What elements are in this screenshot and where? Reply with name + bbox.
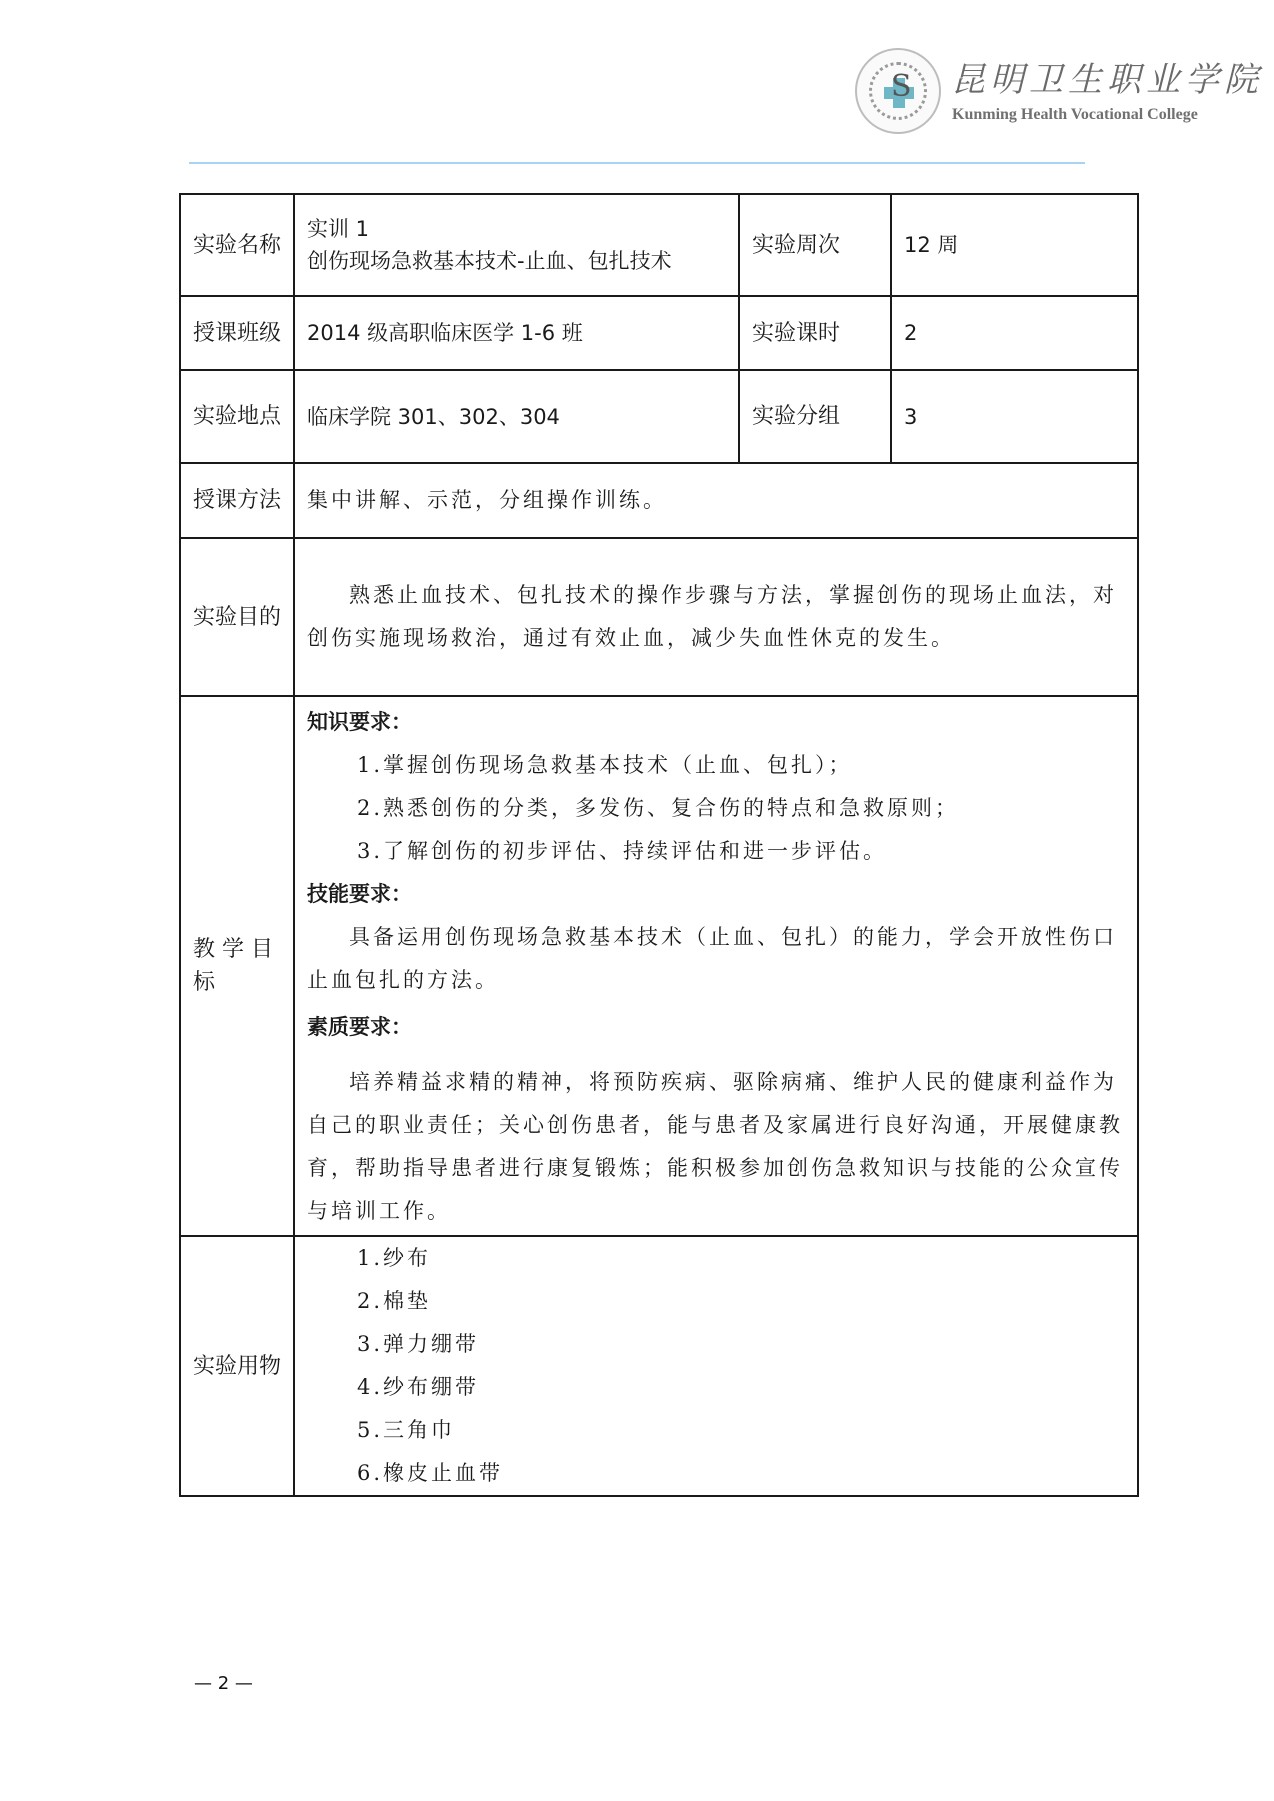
- skill-heading: 技能要求：: [307, 873, 1125, 916]
- page-number: — 2 —: [194, 1673, 253, 1694]
- college-name-cn: 昆明卫生职业学院: [951, 52, 1263, 101]
- value-method: 集中讲解、示范，分组操作训练。: [294, 463, 1138, 538]
- material-item: 3.弹力绷带: [307, 1323, 1125, 1366]
- label-objectives: 教 学 目 标: [180, 696, 294, 1236]
- value-groups: 3: [891, 370, 1138, 463]
- label-materials: 实验用物: [180, 1236, 294, 1496]
- value-hours: 2: [891, 296, 1138, 370]
- table-row-method: 授课方法 集中讲解、示范，分组操作训练。: [180, 463, 1138, 538]
- knowledge-item: 3.了解创伤的初步评估、持续评估和进一步评估。: [307, 830, 1125, 873]
- table-row-objectives: 教 学 目 标 知识要求： 1.掌握创伤现场急救基本技术（止血、包扎）； 2.熟…: [180, 696, 1138, 1236]
- skill-text: 具备运用创伤现场急救基本技术（止血、包扎）的能力，学会开放性伤口止血包扎的方法。: [307, 916, 1125, 1002]
- value-experiment-name: 实训 1 创伤现场急救基本技术-止血、包扎技术: [294, 194, 739, 296]
- label-method: 授课方法: [180, 463, 294, 538]
- experiment-title: 创伤现场急救基本技术-止血、包扎技术: [307, 245, 726, 277]
- table-row-materials: 实验用物 1.纱布 2.棉垫 3.弹力绷带 4.纱布绷带 5.三角巾 6.橡皮止…: [180, 1236, 1138, 1496]
- material-item: 1.纱布: [307, 1237, 1125, 1280]
- label-location: 实验地点: [180, 370, 294, 463]
- college-seal-icon: S: [855, 48, 941, 134]
- serpent-icon: S: [891, 72, 912, 102]
- college-name-en: Kunming Health Vocational College: [952, 106, 1198, 124]
- label-purpose: 实验目的: [180, 538, 294, 696]
- material-item: 5.三角巾: [307, 1409, 1125, 1452]
- value-class: 2014 级高职临床医学 1-6 班: [294, 296, 739, 370]
- knowledge-item: 1.掌握创伤现场急救基本技术（止血、包扎）；: [307, 744, 1125, 787]
- label-hours: 实验课时: [739, 296, 891, 370]
- experiment-info-table: 实验名称 实训 1 创伤现场急救基本技术-止血、包扎技术 实验周次 12 周 授…: [179, 193, 1139, 1497]
- value-location: 临床学院 301、302、304: [294, 370, 739, 463]
- label-experiment-name: 实验名称: [180, 194, 294, 296]
- material-item: 6.橡皮止血带: [307, 1452, 1125, 1495]
- label-week: 实验周次: [739, 194, 891, 296]
- knowledge-heading: 知识要求：: [307, 701, 1125, 744]
- value-purpose: 熟悉止血技术、包扎技术的操作步骤与方法，掌握创伤的现场止血法，对创伤实施现场救治…: [294, 538, 1138, 696]
- knowledge-item: 2.熟悉创伤的分类，多发伤、复合伤的特点和急救原则；: [307, 787, 1125, 830]
- value-materials: 1.纱布 2.棉垫 3.弹力绷带 4.纱布绷带 5.三角巾 6.橡皮止血带: [294, 1236, 1138, 1496]
- value-week: 12 周: [891, 194, 1138, 296]
- label-groups: 实验分组: [739, 370, 891, 463]
- label-class: 授课班级: [180, 296, 294, 370]
- table-row-name: 实验名称 实训 1 创伤现场急救基本技术-止血、包扎技术 实验周次 12 周: [180, 194, 1138, 296]
- header-divider: [189, 162, 1085, 164]
- quality-heading: 素质要求：: [307, 1006, 1125, 1049]
- table-row-class: 授课班级 2014 级高职临床医学 1-6 班 实验课时 2: [180, 296, 1138, 370]
- material-item: 4.纱布绷带: [307, 1366, 1125, 1409]
- college-logo: S 昆明卫生职业学院 Kunming Health Vocational Col…: [855, 48, 1235, 138]
- table-row-purpose: 实验目的 熟悉止血技术、包扎技术的操作步骤与方法，掌握创伤的现场止血法，对创伤实…: [180, 538, 1138, 696]
- table-row-location: 实验地点 临床学院 301、302、304 实验分组 3: [180, 370, 1138, 463]
- experiment-number: 实训 1: [307, 213, 726, 245]
- quality-text: 培养精益求精的精神，将预防疾病、驱除病痛、维护人民的健康利益作为自己的职业责任；…: [307, 1061, 1125, 1233]
- material-item: 2.棉垫: [307, 1280, 1125, 1323]
- value-objectives: 知识要求： 1.掌握创伤现场急救基本技术（止血、包扎）； 2.熟悉创伤的分类，多…: [294, 696, 1138, 1236]
